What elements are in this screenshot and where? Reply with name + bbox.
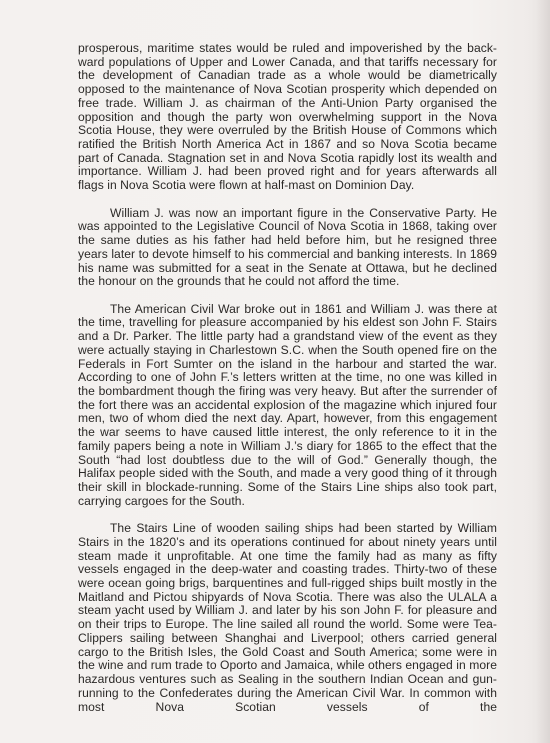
paragraph-american-civil-war: The American Civil War broke out in 1861… [78, 303, 497, 509]
document-page: prosperous, maritime states would be rul… [78, 42, 497, 728]
page-edge-shadow [536, 0, 550, 743]
paragraph-confederation-opposition: prosperous, maritime states would be rul… [78, 42, 497, 193]
paragraph-conservative-party: William J. was now an important figure i… [78, 207, 497, 289]
paragraph-stairs-line: The Stairs Line of wooden sailing ships … [78, 522, 497, 714]
